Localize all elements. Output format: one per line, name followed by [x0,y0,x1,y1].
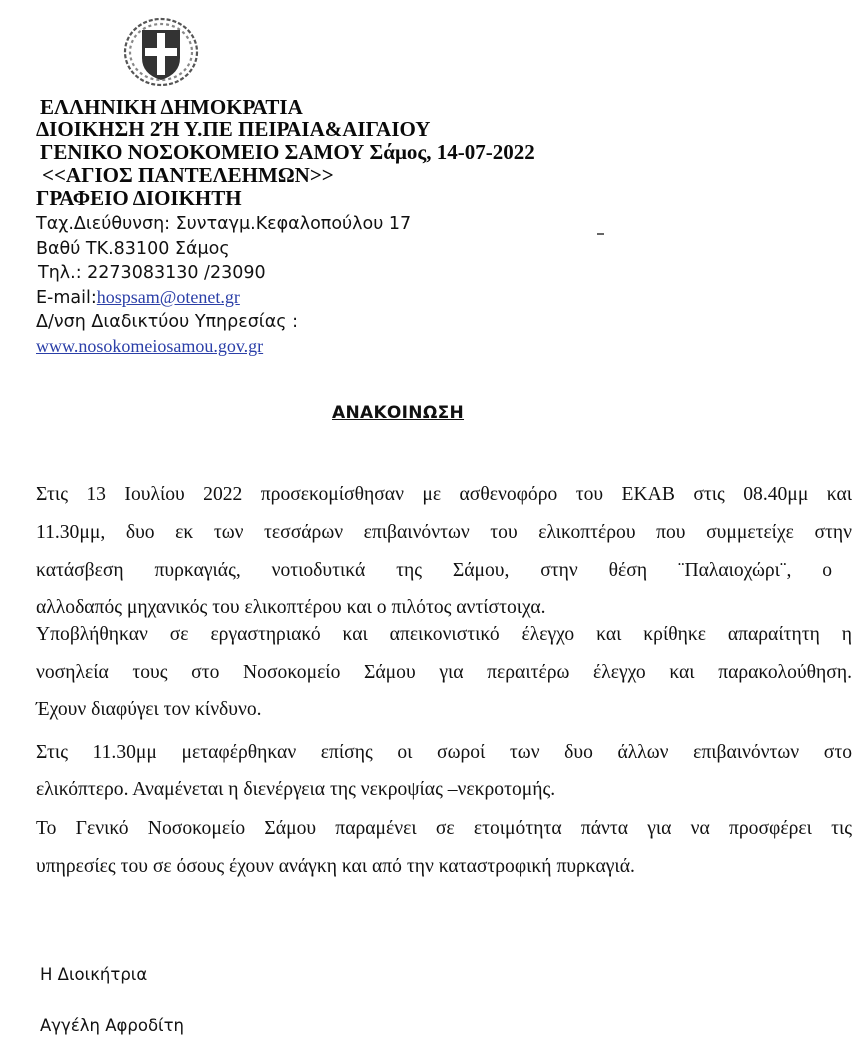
paragraph-4: Το Γενικό Νοσοκομείο Σάμου παραμένει σε … [36,810,852,886]
header-hospital-and-date: ΓΕΝΙΚΟ ΝΟΣΟΚΟΜΕΙΟ ΣΑΜΟΥ Σάμος, 14-07-202… [40,141,535,163]
postal-address: Ταχ.Διεύθυνση: Συνταγμ.Κεφαλοπούλου 17 [36,213,411,235]
paragraph-2: Υποβλήθηκαν σε εργαστηριακό και απεικονι… [36,616,852,728]
text-line: Στις 11.30μμ μεταφέρθηκαν επίσης οι σωρο… [36,734,852,772]
website-label: Δ/νση Διαδικτύου Υπηρεσίας : [36,311,298,333]
text-line: Υποβλήθηκαν σε εργαστηριακό και απεικονι… [36,616,852,654]
email-link[interactable]: hospsam@otenet.gr [97,287,240,307]
email-row: E-mail:hospsam@otenet.gr [36,286,240,309]
paragraph-1: Στις 13 Ιουλίου 2022 προσεκομίσθησαν με … [36,476,852,626]
text-line: Το Γενικό Νοσοκομείο Σάμου παραμένει σε … [36,810,852,848]
signature-role: Η Διοικήτρια [40,965,147,984]
city-postcode: Βαθύ ΤΚ.83100 Σάμος [36,238,230,260]
header-health-region: ΔΙΟΙΚΗΣΗ 2Ή Υ.ΠΕ ΠΕΙΡΑΙΑ&ΑΙΓΑΙΟΥ [36,118,430,140]
phone-number: Τηλ.: 2273083130 /23090 [38,262,266,284]
signature-name: Αγγέλη Αφροδίτη [40,1016,184,1035]
announcement-title: ΑΝΑΚΟΙΝΩΣΗ [332,403,464,423]
text-line: ελικόπτερο. Αναμένεται η διενέργεια της … [36,772,852,808]
stray-dash-mark [597,233,604,235]
header-republic: ΕΛΛΗΝΙΚΗ ΔΗΜΟΚΡΑΤΙΑ [40,96,303,118]
header-hospital-name: <<ΑΓΙΟΣ ΠΑΝΤΕΛΕΗΜΩΝ>> [42,164,334,186]
email-label: E-mail: [36,288,97,308]
paragraph-3: Στις 11.30μμ μεταφέρθηκαν επίσης οι σωρο… [36,734,852,808]
header-office: ΓΡΑΦΕΙΟ ΔΙΟΙΚΗΤΗ [36,187,242,209]
text-line: Έχουν διαφύγει τον κίνδυνο. [36,692,852,728]
text-line: 11.30μμ, δυο εκ των τεσσάρων επιβαινόντω… [36,514,852,552]
text-line: κατάσβεση πυρκαγιάς, νοτιοδυτικά της Σάμ… [36,552,832,590]
text-line: υπηρεσίες του σε όσους έχουν ανάγκη και … [36,848,852,886]
website-row: www.nosokomeiosamou.gov.gr [36,335,263,358]
text-line: νοσηλεία τους στο Νοσοκομείο Σάμου για π… [36,654,852,692]
website-link[interactable]: www.nosokomeiosamou.gov.gr [36,336,263,356]
greek-coat-of-arms-icon [118,10,204,90]
text-line: Στις 13 Ιουλίου 2022 προσεκομίσθησαν με … [36,476,852,514]
